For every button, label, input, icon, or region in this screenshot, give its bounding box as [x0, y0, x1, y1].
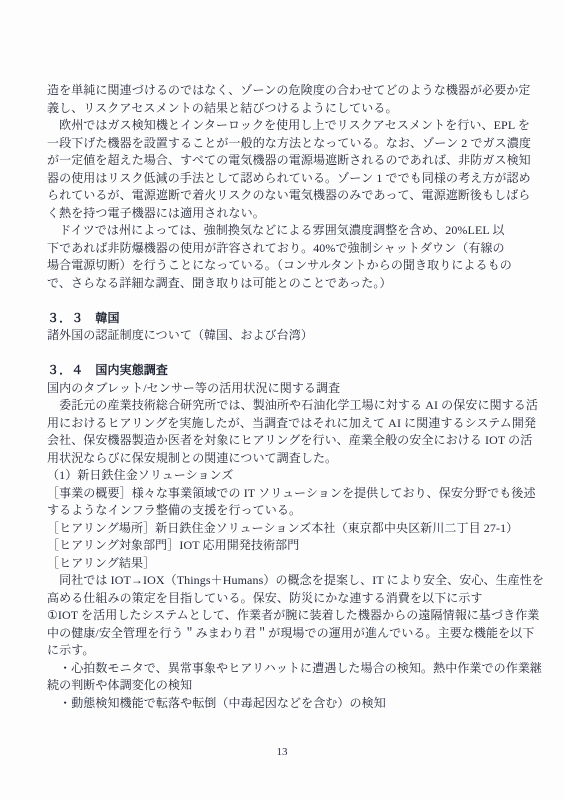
text-line: られているが、電源遮断で着火リスクのない電気機器のみであって、電源遮断後もしばら [47, 187, 519, 205]
text-line: 中の健康/安全管理を行う＂みまわり君＂が現場での運用が進んでいる。主要な機能を以… [47, 625, 519, 643]
section-heading: ３．３ 韓国 [47, 310, 519, 328]
section-heading: ３．４ 国内実態調査 [47, 362, 519, 380]
text-line: 委託元の産業技術総合研究所では、製油所や石油化学工場に対する AI の保安に関す… [47, 397, 519, 415]
text-line: 義し、リスクアセスメントの結果と結びつけるようにしている。 [47, 100, 519, 118]
text-line: ［事業の概要］様々な事業領域での IT ソリューションを提供しており、保安分野で… [47, 485, 519, 503]
text-line: 器の使用はリスク低減の手法として認められている。ゾーン 1 ででも同様の考え方が… [47, 170, 519, 188]
text-line: ①IOT を活用したシステムとして、作業者が腕に装着した機器からの遠隔情報に基づ… [47, 607, 519, 625]
text-line: するようなインフラ整備の支援を行っている。 [47, 502, 519, 520]
text-line: 国内のタブレット/センサー等の活用状況に関する調査 [47, 380, 519, 398]
text-line: 欧州ではガス検知機とインターロックを使用し上でリスクアセスメントを行い、EPL … [47, 117, 519, 135]
text-line: 同社では IOT→IOX（Things＋Humans）の概念を提案し、IT によ… [47, 572, 519, 590]
text-line: で、さらなる詳細な調査、聞き取りは可能とのことであった。） [47, 275, 519, 293]
text-line: （1）新日鉄住金ソリューションズ [47, 467, 519, 485]
text-line: く熱を持つ電子機器には適用されない。 [47, 205, 519, 223]
text-line: が一定値を超えた場合、すべての電気機器の電源場遮断されるのであれば、非防ガス検知 [47, 152, 519, 170]
text-line: 一段下げた機器を設置することが一般的な方法となっている。なお、ゾーン 2 でガス… [47, 135, 519, 153]
text-line: ［ヒアリング場所］新日鉄住金ソリューションズ本社（東京都中央区新川二丁目 27-… [47, 520, 519, 538]
text-line: ［ヒアリング結果］ [47, 555, 519, 573]
blank-line [47, 345, 519, 363]
text-line: 場合電源切断）を行うことになっている。（コンサルタントからの聞き取りによるもの [47, 257, 519, 275]
text-line: ［ヒアリング対象部門］IOT 応用開発技術部門 [47, 537, 519, 555]
text-line: ドイツでは州によっては、強制換気などによる雰囲気濃度調整を含め、20%LEL 以 [47, 222, 519, 240]
text-line: 会社、保安機器製造か医者を対象にヒアリングを行い、産業全般の安全における IOT… [47, 432, 519, 450]
text-line: 下であれば非防爆機器の使用が許容されており。40%で強制シャットダウン（有線の [47, 240, 519, 258]
text-line: 用におけるヒアリングを実施したが、当調査ではそれに加えて AI に関連するシステ… [47, 415, 519, 433]
document-page: 造を単純に関連づけるのではなく、ゾーンの危険度の合わせてどのような機器が必要か定… [0, 0, 564, 800]
text-line: 高める仕組みの策定を目指している。保安、防災にかな連する消費を以下に示す [47, 590, 519, 608]
text-line: 続の判断や体調変化の検知 [47, 677, 519, 695]
blank-line [47, 292, 519, 310]
text-line: 用状況ならびに保安規制との関連について調査した。 [47, 450, 519, 468]
text-line: 造を単純に関連づけるのではなく、ゾーンの危険度の合わせてどのような機器が必要か定 [47, 82, 519, 100]
text-line: 諸外国の認証制度について（韓国、および台湾） [47, 327, 519, 345]
page-number: 13 [0, 746, 564, 758]
text-line: ・心拍数モニタで、異常事象やヒアリハットに遭遇した場合の検知。熱中作業での作業継 [47, 660, 519, 678]
text-line: に示す。 [47, 642, 519, 660]
text-line: ・動態検知機能で転落や転倒（中毒起因などを含む）の検知 [47, 695, 519, 713]
document-content: 造を単純に関連づけるのではなく、ゾーンの危険度の合わせてどのような機器が必要か定… [47, 82, 519, 712]
